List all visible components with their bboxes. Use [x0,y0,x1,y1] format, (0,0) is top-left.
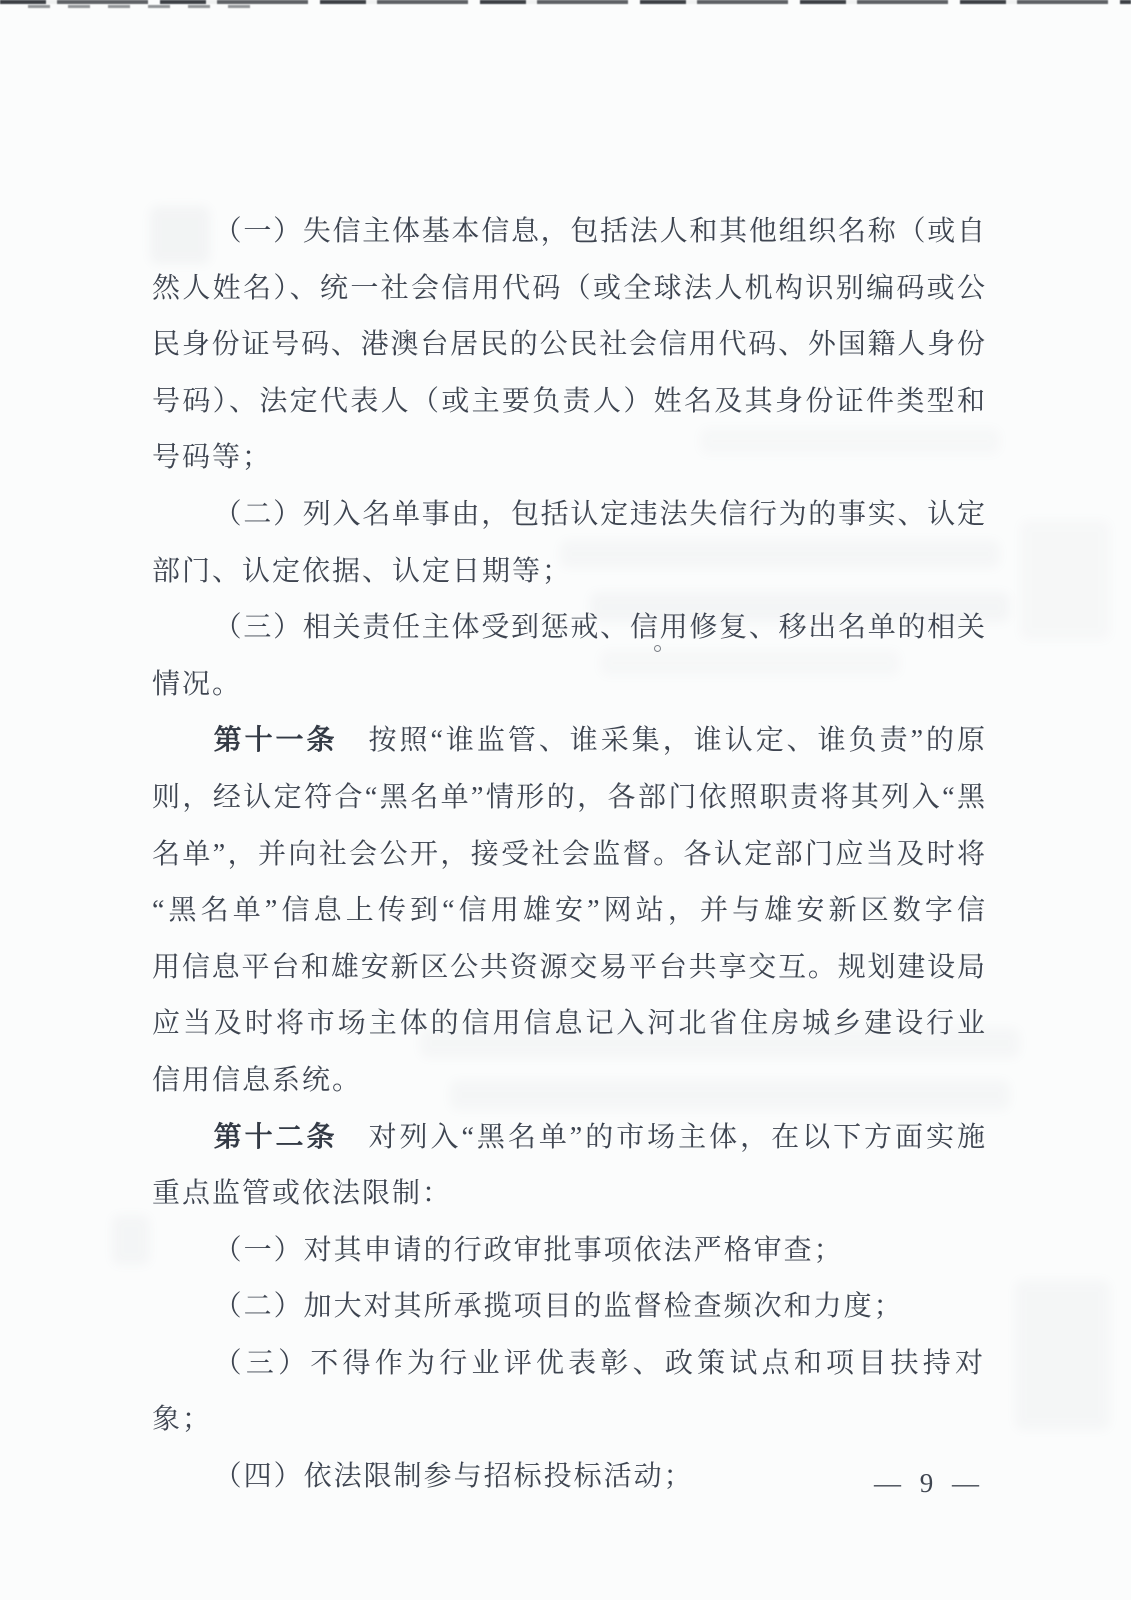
scan-torn-edge-artifact [28,5,258,8]
text-line: 则，经认定符合“黑名单”情形的，各部门依照职责将其列入“黑 [152,770,985,827]
text-line: “黑名单”信息上传到“信用雄安”网站，并与雄安新区数字信 [152,883,985,940]
page-number: — 9 — [874,1468,985,1499]
document-text: （一）失信主体基本信息，包括法人和其他组织名称（或自然人姓名）、统一社会信用代码… [152,204,985,1506]
text-line: 然人姓名）、统一社会信用代码（或全球法人机构识别编码或公 [152,261,985,318]
text-line: 用信息平台和雄安新区公共资源交易平台共享交互。规划建设局 [152,940,985,997]
text-line: （二）加大对其所承揽项目的监督检查频次和力度； [152,1279,985,1336]
text-line: 部门、认定依据、认定日期等； [152,544,985,601]
text-line: 号码等； [152,430,985,487]
text-line: （四）依法限制参与招标投标活动； [152,1449,985,1506]
scan-torn-edge-artifact [0,0,1131,4]
bleed-through-smudge [1020,520,1110,640]
text-line: 民身份证号码、港澳台居民的公民社会信用代码、外国籍人身份 [152,317,985,374]
text-line: （三）不得作为行业评优表彰、政策试点和项目扶持对象； [152,1336,985,1449]
text-line: 信用信息系统。 [152,1053,985,1110]
bleed-through-smudge [112,1215,150,1265]
text-line: 名单”，并向社会公开，接受社会监督。各认定部门应当及时将 [152,827,985,884]
article-line: 第十一条 按照“谁监管、谁采集，谁认定、谁负责”的原 [152,713,985,770]
text-line: 重点监管或依法限制： [152,1166,985,1223]
article-line: 第十二条 对列入“黑名单”的市场主体，在以下方面实施 [152,1110,985,1167]
text-line: （一）失信主体基本信息，包括法人和其他组织名称（或自 [152,204,985,261]
article-number: 第十二条 [214,1122,338,1153]
text-line: （二）列入名单事由，包括认定违法失信行为的事实、认定 [152,487,985,544]
document-page: （一）失信主体基本信息，包括法人和其他组织名称（或自然人姓名）、统一社会信用代码… [0,0,1131,1600]
text-line: （一）对其申请的行政审批事项依法严格审查； [152,1223,985,1280]
text-line: （三）相关责任主体受到惩戒、信用修复、移出名单的相关 [152,600,985,657]
text-line: 情况。 [152,657,985,714]
text-line: 号码）、法定代表人（或主要负责人）姓名及其身份证件类型和 [152,374,985,431]
bleed-through-smudge [1015,1280,1110,1430]
text-line: 应当及时将市场主体的信用信息记入河北省住房城乡建设行业 [152,996,985,1053]
article-number: 第十一条 [214,725,338,756]
